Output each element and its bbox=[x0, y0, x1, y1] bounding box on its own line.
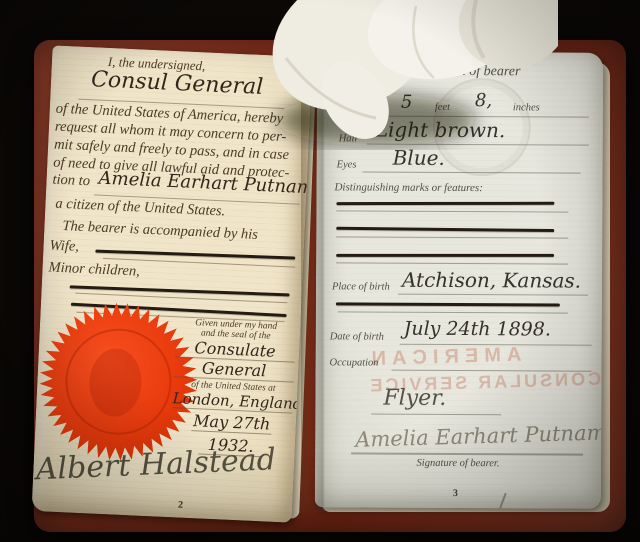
occupation-rule2 bbox=[371, 414, 501, 416]
ghost-stamp-line1: AMERICAN bbox=[365, 344, 521, 372]
occupation-label: Occupation bbox=[330, 357, 379, 368]
issue-date-handwritten: May 27th bbox=[191, 411, 272, 435]
bearer-signature: Amelia Earhart Putnam bbox=[355, 420, 603, 451]
marks-label: Distinguishing marks or features: bbox=[334, 181, 482, 194]
marks-strike-line bbox=[336, 202, 554, 205]
issue-place-handwritten: London, England. bbox=[172, 389, 293, 413]
occupation-value: Flyer. bbox=[383, 386, 446, 411]
minor-children-label: Minor children, bbox=[48, 259, 140, 280]
signature-caption: Signature of bearer. bbox=[315, 457, 601, 469]
eyes-label: Eyes bbox=[337, 159, 357, 170]
marks-rule bbox=[336, 262, 568, 264]
place-of-birth-label: Place of birth bbox=[332, 281, 390, 292]
date-of-birth-value: July 24th 1898. bbox=[404, 318, 551, 341]
tion-to-label: tion to bbox=[52, 172, 90, 191]
left-page-number: 2 bbox=[178, 500, 183, 511]
accompanied-line: The bearer is accompanied by his bbox=[62, 218, 258, 244]
signature-rule bbox=[351, 452, 583, 455]
date-of-birth-label: Date of birth bbox=[330, 331, 384, 342]
general-handwritten: General bbox=[174, 357, 295, 382]
white-glove bbox=[258, 0, 558, 150]
place-of-birth-value: Atchison, Kansas. bbox=[402, 268, 581, 293]
marks-strike-line bbox=[336, 227, 554, 232]
strike-line bbox=[336, 302, 560, 306]
pencil-stroke bbox=[493, 493, 507, 509]
place-of-birth-rule bbox=[398, 294, 588, 296]
office-handwritten: Consul General bbox=[91, 67, 264, 100]
marks-strike-line bbox=[336, 254, 554, 257]
rule-line bbox=[338, 311, 568, 313]
marks-rule bbox=[336, 210, 568, 212]
passport-photo: I, the undersigned, Consul General of th… bbox=[0, 0, 640, 542]
marks-rule bbox=[336, 236, 568, 238]
right-page-number: 3 bbox=[453, 488, 458, 499]
wife-label: Wife, bbox=[49, 237, 79, 255]
issuance-block: Given under my hand and the seal of the … bbox=[170, 317, 296, 458]
